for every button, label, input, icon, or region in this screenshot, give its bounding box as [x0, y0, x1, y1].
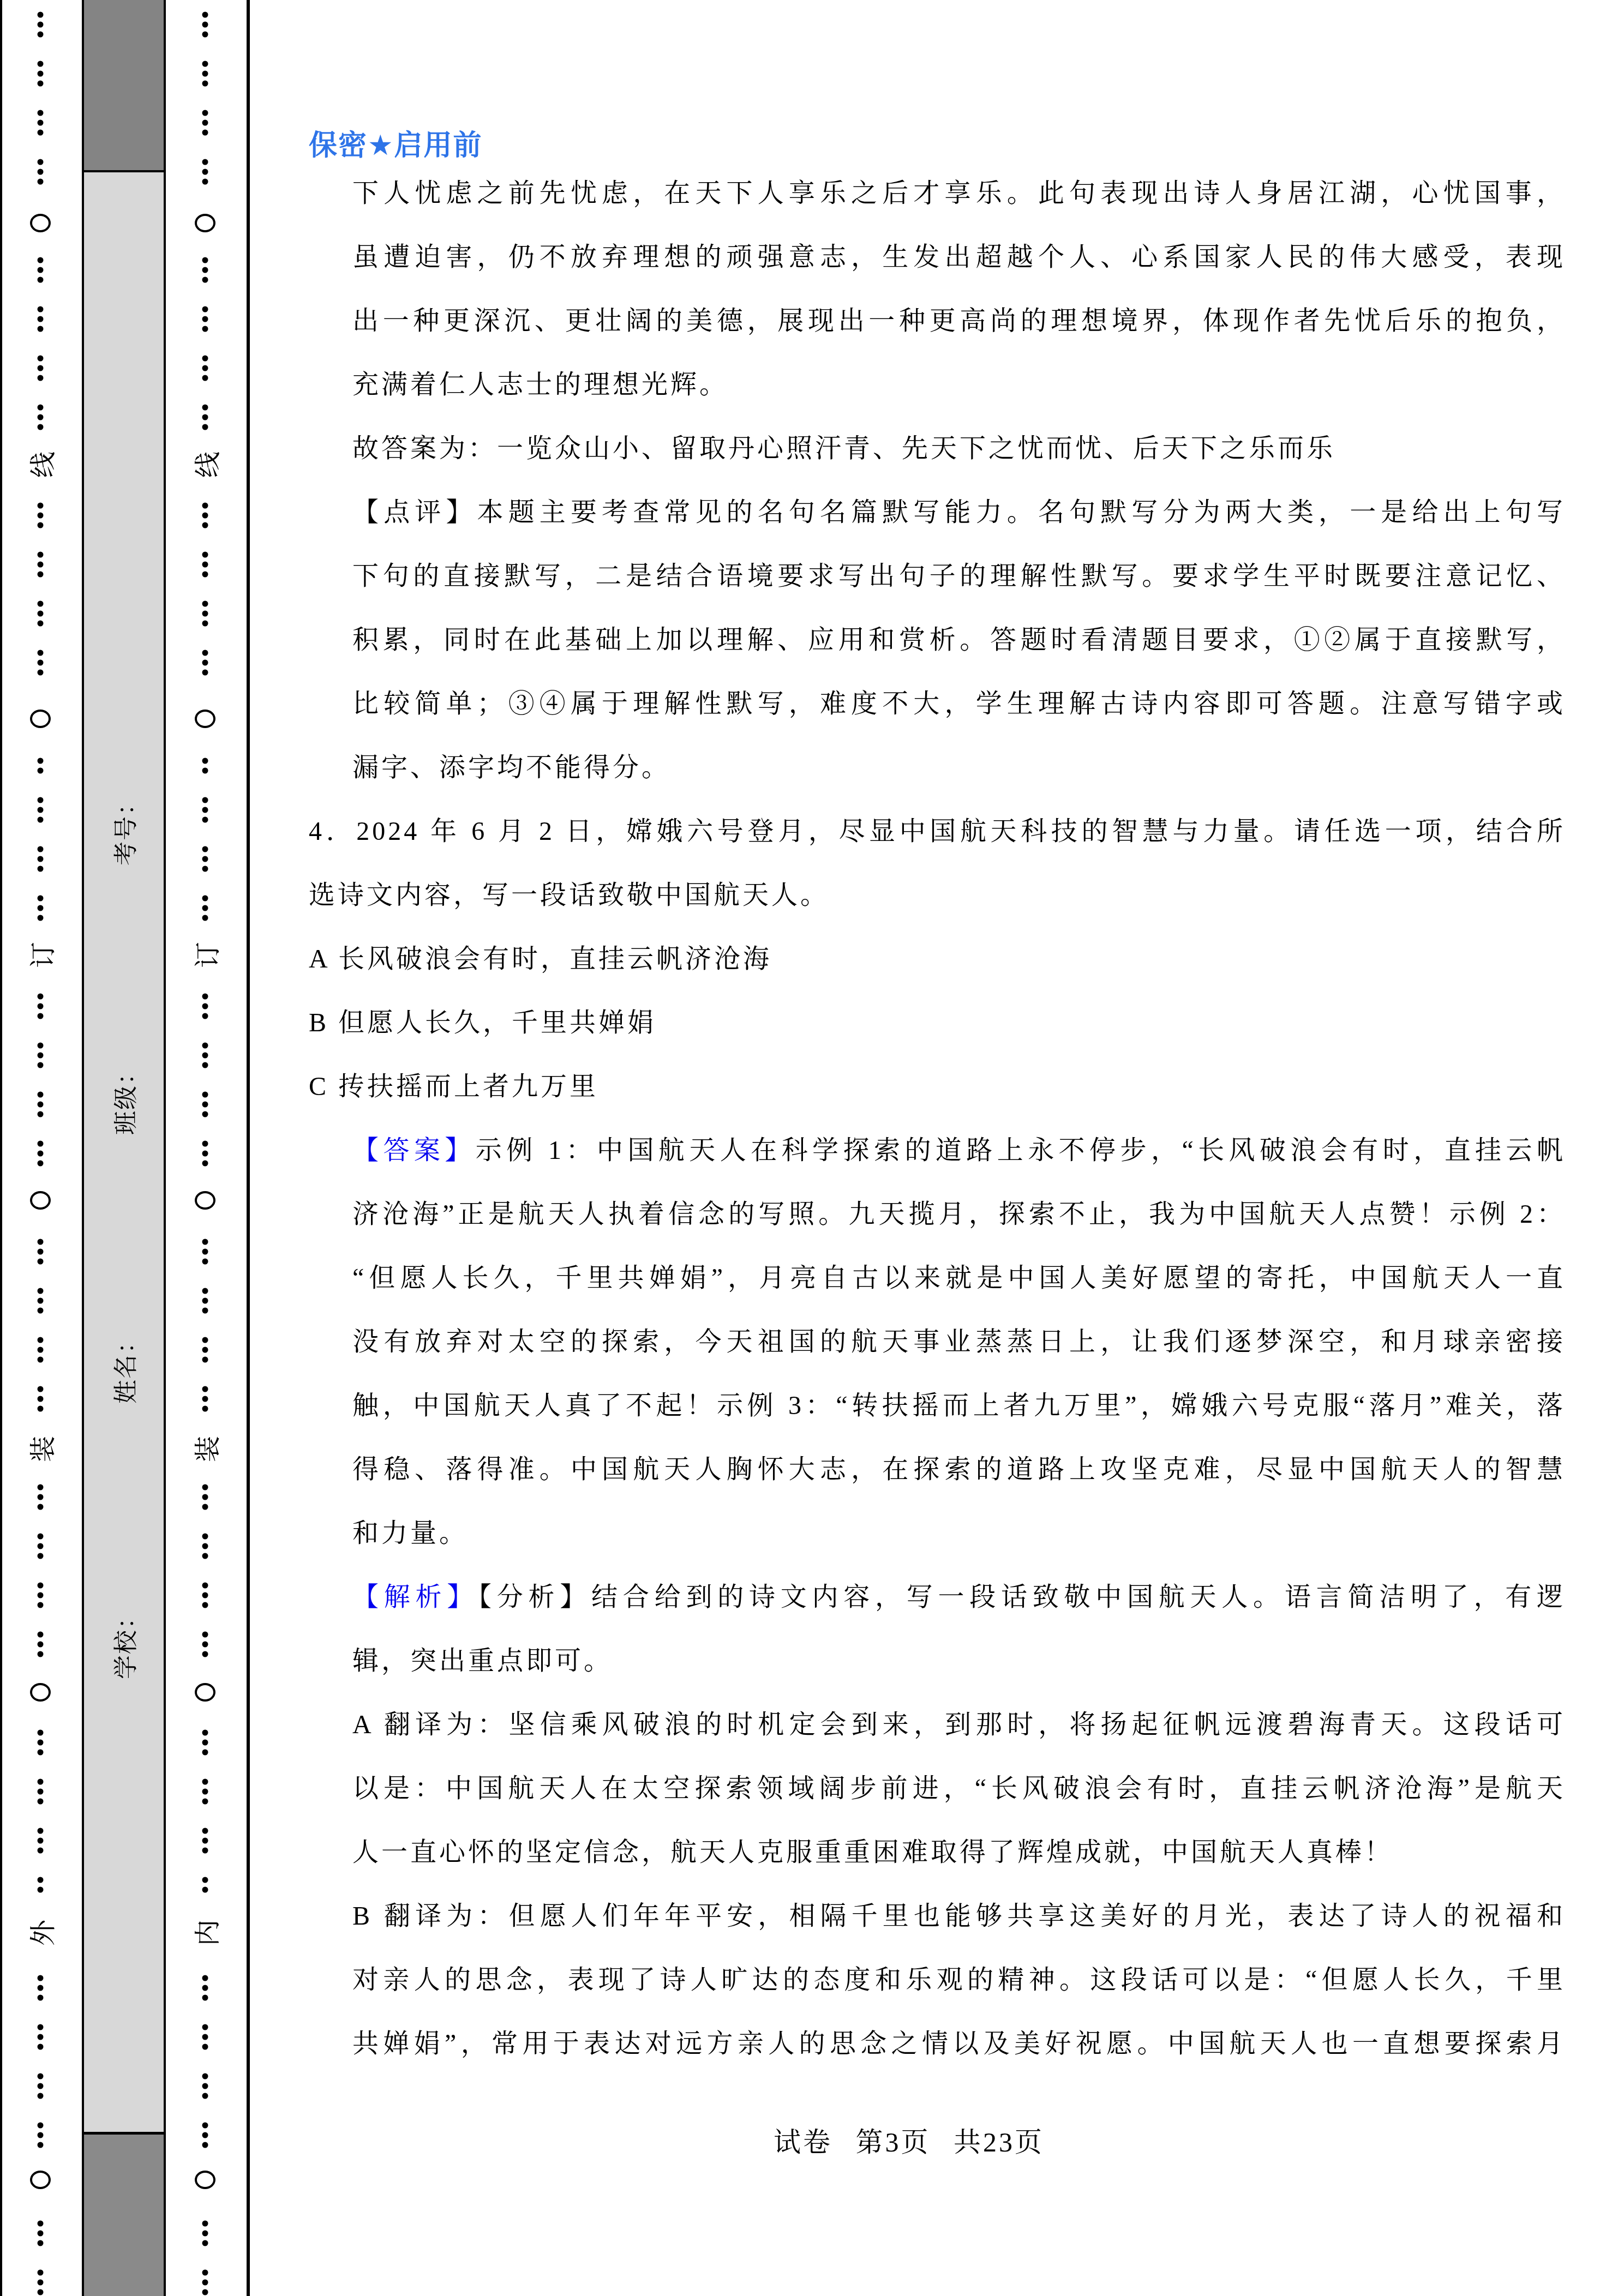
binding-dot [38, 2231, 44, 2237]
binding-dot [202, 1534, 208, 1540]
binding-dot [202, 503, 208, 509]
binding-dot [38, 1985, 44, 1991]
text-segment: 积累，同时在此基础上加以理解、应用和赏析。答题时看清题目要求，①②属于直接默写， [352, 626, 1566, 654]
binding-dot [202, 1543, 208, 1549]
text-segment: A 翻译为：坚信乘风破浪的时机定会到来，到那时，将扬起征帆远渡碧海青天。这段话可 [352, 1710, 1566, 1739]
binding-dot [38, 1730, 44, 1736]
binding-dot [202, 2240, 208, 2246]
text-line: 【点评】本题主要考查常见的名句名篇默写能力。名句默写分为两大类，一是给出上句写 [309, 480, 1566, 544]
punch-hole-circle [30, 1191, 51, 1210]
binding-dot [38, 130, 44, 136]
binding-dot [202, 1141, 208, 1147]
text-line: 没有放弃对太空的探索，今天祖国的航天事业蒸蒸日上，让我们逐梦深空，和月球亲密接 [309, 1310, 1566, 1374]
binding-dot [202, 2024, 208, 2030]
binding-dot [202, 1995, 208, 2001]
binding-dot [38, 2270, 44, 2276]
binding-dot [202, 895, 208, 901]
text-segment: 共婵娟”，常用于表达对远方亲人的思念之情以及美好祝愿。中国航天人也一直想要探索月 [352, 2029, 1566, 2058]
text-line: 以是：中国航天人在太空探索领域阔步前进，“长风破浪会有时，直挂云帆济沧海”是航天 [309, 1757, 1566, 1820]
binding-dot [38, 846, 44, 852]
punch-hole-circle [195, 1683, 215, 1702]
binding-dot [202, 611, 208, 617]
binding-dot [38, 1151, 44, 1157]
text-segment: 4．2024 年 6 月 2 日，嫦娥六号登月，尽显中国航天科技的智慧与力量。请… [309, 817, 1566, 846]
binding-dot [38, 32, 44, 38]
student-info-label: 考号： [106, 790, 141, 865]
binding-dot [38, 2034, 44, 2040]
binding-dot [38, 1239, 44, 1245]
binding-dot [38, 316, 44, 322]
binding-dot [38, 2123, 44, 2129]
text-segment: “但愿人长久，千里共婵娟”，月亮自古以来就是中国人美好愿望的寄托，中国航天人一直 [352, 1264, 1566, 1293]
binding-dot [202, 81, 208, 87]
binding-dot [202, 1013, 208, 1019]
binding-dot [202, 650, 208, 656]
binding-dot [38, 1838, 44, 1844]
binding-dot [38, 110, 44, 116]
text-segment: 和力量。 [352, 1519, 468, 1548]
binding-dot [38, 1602, 44, 1608]
text-segment: 示例 1：中国航天人在科学探索的道路上永不停步，“长风破浪会有时，直挂云帆 [476, 1136, 1566, 1165]
text-segment: C 抟扶摇而上者九万里 [309, 1072, 598, 1101]
binding-dot [202, 130, 208, 136]
binding-dot [202, 2142, 208, 2148]
binding-char-外: 外 [22, 1920, 59, 1946]
seal-area-divider-line [247, 0, 250, 2296]
binding-dot [202, 159, 208, 165]
binding-dot [38, 611, 44, 617]
binding-dot [38, 81, 44, 87]
text-segment: 得稳、落得准。中国航天人胸怀大志，在探索的道路上攻坚克难，尽显中国航天人的智慧 [352, 1455, 1566, 1484]
binding-dot [202, 365, 208, 371]
binding-dot [38, 2221, 44, 2227]
binding-dot [202, 71, 208, 77]
binding-dot [202, 2231, 208, 2237]
binding-dot [38, 1642, 44, 1648]
binding-dot [38, 306, 44, 312]
binding-dot [38, 1504, 44, 1510]
binding-dot [202, 1298, 208, 1304]
binding-dot [202, 61, 208, 67]
binding-dot [38, 1043, 44, 1049]
binding-dot [202, 1111, 208, 1117]
binding-dot [202, 513, 208, 519]
binding-dot [38, 562, 44, 568]
answer-tag: 【解析】 [352, 1583, 478, 1612]
binding-dot [38, 1298, 44, 1304]
binding-dot [38, 1337, 44, 1343]
binding-dot [202, 1003, 208, 1009]
binding-dot [38, 1799, 44, 1805]
binding-dot [38, 1249, 44, 1255]
text-segment: B 但愿人长久，千里共婵娟 [309, 1008, 656, 1037]
text-line: 对亲人的思念，表现了诗人旷达的态度和乐观的精神。这段话可以是：“但愿人长久，千里 [309, 1948, 1566, 2012]
text-line: 漏字、添字均不能得分。 [309, 736, 1566, 800]
binding-dot [202, 179, 208, 185]
binding-dot [202, 22, 208, 28]
binding-dot [202, 1337, 208, 1343]
binding-dot [38, 1651, 44, 1657]
binding-dot [202, 856, 208, 862]
binding-dot [38, 61, 44, 67]
binding-dot [202, 2044, 208, 2050]
binding-dot [202, 1161, 208, 1167]
binding-dot [202, 1053, 208, 1059]
binding-dot [202, 1396, 208, 1402]
binding-dot [202, 110, 208, 116]
binding-dot [38, 1102, 44, 1108]
binding-dot [202, 1347, 208, 1353]
binding-dot [202, 277, 208, 283]
binding-dot [38, 1308, 44, 1314]
text-line: A 长风破浪会有时，直挂云帆济沧海 [309, 927, 1566, 991]
binding-dot [38, 650, 44, 656]
text-line: 下人忧虑之前先忧虑，在天下人享乐之后才享乐。此句表现出诗人身居江湖，心忧国事， [309, 161, 1566, 225]
binding-dot [38, 277, 44, 283]
binding-dot [202, 1750, 208, 1756]
binding-dot [202, 1592, 208, 1598]
binding-dot [38, 1543, 44, 1549]
binding-dot [202, 356, 208, 362]
binding-dot [202, 660, 208, 666]
binding-dot [202, 1062, 208, 1068]
binding-dot [38, 866, 44, 872]
binding-dot [38, 905, 44, 911]
binding-dot [38, 1789, 44, 1795]
binding-dot [38, 1406, 44, 1412]
text-line: 4．2024 年 6 月 2 日，嫦娥六号登月，尽显中国航天科技的智慧与力量。请… [309, 800, 1566, 863]
binding-dot [38, 513, 44, 519]
punch-hole-circle [30, 1683, 51, 1702]
binding-dot [202, 846, 208, 852]
binding-dot [38, 807, 44, 813]
binding-dot [38, 22, 44, 28]
binding-dot [38, 797, 44, 803]
binding-dot [202, 807, 208, 813]
binding-strip-dark-top-box [84, 0, 164, 172]
text-segment: B 翻译为：但愿人们年年平安，相隔千里也能够共享这美好的月光，表达了诗人的祝福和 [352, 1902, 1566, 1931]
text-line: B 但愿人长久，千里共婵娟 [309, 991, 1566, 1055]
text-line: 济沧海”正是航天人执着信念的写照。九天揽月，探索不止，我为中国航天人点赞！示例 … [309, 1182, 1566, 1246]
binding-dot [202, 915, 208, 921]
binding-dot [202, 1102, 208, 1108]
binding-dot [38, 1484, 44, 1490]
binding-dot [202, 306, 208, 312]
text-segment: 虽遭迫害，仍不放弃理想的顽强意志，生发出超越个人、心系国家人民的伟大感受，表现 [352, 243, 1566, 272]
binding-dot [38, 1062, 44, 1068]
text-segment: 【点评】本题主要考查常见的名句名篇默写能力。名句默写分为两大类，一是给出上句写 [352, 498, 1566, 527]
binding-dot [38, 1534, 44, 1540]
binding-dot [38, 2132, 44, 2138]
text-segment: 比较简单；③④属于理解性默写，难度不大，学生理解古诗内容即可答题。注意写错字或 [352, 689, 1566, 718]
binding-dot [202, 1583, 208, 1589]
text-line: 和力量。 [309, 1501, 1566, 1565]
answer-tag: 【答案】 [352, 1136, 476, 1165]
punch-hole-circle [195, 1191, 215, 1210]
binding-dot [38, 356, 44, 362]
binding-dot [202, 2280, 208, 2286]
binding-dot [38, 1396, 44, 1402]
binding-dot [38, 601, 44, 607]
binding-dot [38, 1259, 44, 1265]
binding-dot [202, 1386, 208, 1392]
binding-dot [202, 316, 208, 322]
binding-dot [202, 1877, 208, 1883]
binding-dot [38, 1779, 44, 1785]
binding-dot [38, 856, 44, 862]
student-info-label: 学校： [106, 1604, 141, 1679]
binding-dot [202, 405, 208, 411]
binding-dot [202, 797, 208, 803]
binding-dot [202, 12, 208, 18]
binding-dot [38, 169, 44, 175]
binding-dot [202, 1975, 208, 1981]
binding-dot [202, 552, 208, 558]
binding-dot [38, 1013, 44, 1019]
text-line: 人一直心怀的坚定信念，航天人克服重重困难取得了辉煌成就，中国航天人真棒！ [309, 1820, 1566, 1884]
binding-dot [38, 1848, 44, 1854]
binding-dot [202, 2270, 208, 2276]
text-segment: 以是：中国航天人在太空探索领域阔步前进，“长风破浪会有时，直挂云帆济沧海”是航天 [352, 1774, 1566, 1803]
binding-dot [38, 2073, 44, 2079]
binding-dot [202, 768, 208, 774]
binding-dot [202, 994, 208, 1000]
binding-dot [202, 1887, 208, 1893]
binding-dot [202, 1484, 208, 1490]
binding-char-内: 内 [187, 1920, 224, 1946]
punch-hole-circle [30, 2171, 51, 2189]
binding-dot [38, 2289, 44, 2295]
binding-dot [38, 2083, 44, 2089]
binding-dot [202, 601, 208, 607]
punch-hole-circle [195, 710, 215, 728]
punch-hole-circle [195, 2171, 215, 2189]
binding-char-订: 订 [187, 942, 224, 968]
binding-dot [38, 2044, 44, 2050]
binding-dot [202, 2093, 208, 2099]
text-line: 得稳、落得准。中国航天人胸怀大志，在探索的道路上攻坚克难，尽显中国航天人的智慧 [309, 1438, 1566, 1501]
binding-dot [38, 522, 44, 528]
binding-dot [202, 2132, 208, 2138]
binding-dot [202, 1092, 208, 1098]
binding-dot [38, 1161, 44, 1167]
binding-dot [202, 1308, 208, 1314]
secret-notice: 保密★启用前 [309, 122, 483, 163]
binding-dot [38, 758, 44, 764]
binding-dot [38, 12, 44, 18]
binding-strip-dark-bottom-box [84, 2132, 164, 2296]
binding-dot [202, 424, 208, 430]
text-segment: 辑，突出重点即可。 [352, 1646, 613, 1675]
binding-dot [202, 326, 208, 332]
binding-dot [202, 621, 208, 627]
binding-dot [202, 1828, 208, 1834]
student-info-label: 班级： [106, 1060, 141, 1135]
text-segment: 没有放弃对太空的探索，今天祖国的航天事业蒸蒸日上，让我们逐梦深空，和月球亲密接 [352, 1327, 1566, 1356]
binding-dot [38, 1357, 44, 1363]
binding-dot [38, 1288, 44, 1294]
binding-dot [38, 71, 44, 77]
punch-hole-circle [30, 710, 51, 728]
text-segment: 出一种更深沉、更壮阔的美德，展现出一种更高尚的理想境界，体现作者先忧后乐的抱负， [352, 306, 1566, 335]
binding-dot [38, 2142, 44, 2148]
student-info-label: 姓名： [106, 1329, 141, 1404]
text-line: A 翻译为：坚信乘风破浪的时机定会到来，到那时，将扬起征帆远渡碧海青天。这段话可 [309, 1693, 1566, 1757]
binding-dot [38, 326, 44, 332]
exam-paper-page: { "page": { "secret_notice": "保密★启用前", "… [0, 0, 1624, 2296]
text-line: 充满着仁人志士的理想光辉。 [309, 353, 1566, 417]
binding-dot [38, 257, 44, 263]
text-line: 共婵娟”，常用于表达对远方亲人的思念之情以及美好祝愿。中国航天人也一直想要探索月 [309, 2012, 1566, 2076]
binding-dot [202, 1730, 208, 1736]
punch-hole-circle [30, 214, 51, 232]
binding-dot [202, 1789, 208, 1795]
binding-dot [202, 1799, 208, 1805]
binding-dot [202, 1494, 208, 1500]
binding-dot [202, 562, 208, 568]
text-segment: 漏字、添字均不能得分。 [352, 753, 670, 782]
binding-dot [38, 552, 44, 558]
text-line: 故答案为：一览众山小、留取丹心照汗青、先天下之忧而忧、后天下之乐而乐 [309, 417, 1566, 480]
binding-char-线: 线 [187, 452, 224, 478]
binding-dot [202, 267, 208, 273]
binding-dot [202, 120, 208, 126]
binding-dot [202, 2073, 208, 2079]
binding-dot [202, 572, 208, 578]
text-segment: A 长风破浪会有时，直挂云帆济沧海 [309, 945, 772, 973]
text-line: 下句的直接默写，二是结合语境要求写出句子的理解性默写。要求学生平时既要注意记忆、 [309, 544, 1566, 608]
binding-dot [38, 1632, 44, 1638]
binding-dot [202, 2123, 208, 2129]
binding-dot [38, 1995, 44, 2001]
text-segment: 触，中国航天人真了不起！示例 3：“转扶摇而上者九万里”，嫦娥六号克服“落月”难… [352, 1391, 1566, 1420]
binding-dot [38, 405, 44, 411]
text-segment: 【分析】结合给到的诗文内容，写一段话致敬中国航天人。语言简洁明了，有逻 [478, 1583, 1566, 1612]
binding-dot [38, 2240, 44, 2246]
binding-dot [202, 905, 208, 911]
text-segment: 下句的直接默写，二是结合语境要求写出句子的理解性默写。要求学生平时既要注意记忆、 [352, 562, 1566, 591]
binding-dot [202, 375, 208, 381]
binding-dot [202, 1848, 208, 1854]
binding-dot [38, 1877, 44, 1883]
binding-dot [202, 1043, 208, 1049]
binding-dot [38, 1975, 44, 1981]
text-segment: 下人忧虑之前先忧虑，在天下人享乐之后才享乐。此句表现出诗人身居江湖，心忧国事， [352, 179, 1566, 208]
binding-dot [38, 817, 44, 823]
binding-dot [202, 1642, 208, 1648]
binding-dot [202, 1740, 208, 1746]
binding-dot [38, 994, 44, 1000]
binding-dot [202, 1357, 208, 1363]
text-line: 出一种更深沉、更壮阔的美德，展现出一种更高尚的理想境界，体现作者先忧后乐的抱负， [309, 289, 1566, 353]
binding-dot [38, 1750, 44, 1756]
binding-dot [38, 414, 44, 420]
punch-hole-circle [195, 214, 215, 232]
binding-dot [38, 1592, 44, 1598]
binding-dot [38, 503, 44, 509]
binding-dot [202, 2083, 208, 2089]
binding-dot [38, 621, 44, 627]
binding-dot [38, 159, 44, 165]
page-footer: 试卷 第3页 共23页 [252, 2120, 1566, 2160]
binding-dot [38, 660, 44, 666]
binding-dot [202, 414, 208, 420]
binding-dot [202, 2221, 208, 2227]
text-line: 选诗文内容，写一段话致敬中国航天人。 [309, 863, 1566, 927]
binding-dot [38, 424, 44, 430]
binding-dot [202, 169, 208, 175]
binding-dot [38, 365, 44, 371]
binding-dot [38, 2093, 44, 2099]
binding-dot [202, 1651, 208, 1657]
binding-dot [38, 267, 44, 273]
binding-dot [202, 817, 208, 823]
binding-dot [38, 1583, 44, 1589]
binding-dot [202, 2289, 208, 2295]
binding-char-装: 装 [22, 1436, 59, 1462]
page-left-edge-line [0, 0, 2, 2296]
binding-dot [38, 2280, 44, 2286]
binding-dot [202, 1985, 208, 1991]
text-segment: 对亲人的思念，表现了诗人旷达的态度和乐观的精神。这段话可以是：“但愿人长久，千里 [352, 1966, 1566, 1994]
text-line: 比较简单；③④属于理解性默写，难度不大，学生理解古诗内容即可答题。注意写错字或 [309, 672, 1566, 736]
binding-dot [38, 768, 44, 774]
binding-dot [38, 179, 44, 185]
binding-dot [202, 670, 208, 676]
text-line: B 翻译为：但愿人们年年平安，相隔千里也能够共享这美好的月光，表达了诗人的祝福和 [309, 1884, 1566, 1948]
binding-dot [202, 1239, 208, 1245]
text-line: 【答案】示例 1：中国航天人在科学探索的道路上永不停步，“长风破浪会有时，直挂云… [309, 1119, 1566, 1182]
binding-dot [38, 1740, 44, 1746]
binding-dot [202, 2034, 208, 2040]
binding-info-strip: 考号：班级：姓名：学校： [82, 0, 166, 2296]
binding-dot [202, 32, 208, 38]
binding-char-线: 线 [22, 452, 59, 478]
binding-dot [38, 1553, 44, 1559]
binding-dot [38, 670, 44, 676]
binding-dot [202, 1151, 208, 1157]
binding-dot [38, 1494, 44, 1500]
binding-dot [202, 1288, 208, 1294]
text-line: 【解析】【分析】结合给到的诗文内容，写一段话致敬中国航天人。语言简洁明了，有逻 [309, 1565, 1566, 1629]
binding-dot [38, 2024, 44, 2030]
binding-dot [202, 1602, 208, 1608]
text-line: 虽遭迫害，仍不放弃理想的顽强意志，生发出超越个人、心系国家人民的伟大感受，表现 [309, 225, 1566, 289]
document-text-block: 下人忧虑之前先忧虑，在天下人享乐之后才享乐。此句表现出诗人身居江湖，心忧国事，虽… [309, 161, 1566, 2076]
text-line: 触，中国航天人真了不起！示例 3：“转扶摇而上者九万里”，嫦娥六号克服“落月”难… [309, 1374, 1566, 1438]
binding-dot [202, 758, 208, 764]
binding-dot [38, 895, 44, 901]
binding-dot [202, 1632, 208, 1638]
binding-dot [38, 375, 44, 381]
binding-dot [38, 120, 44, 126]
binding-dot [38, 1887, 44, 1893]
text-segment: 充满着仁人志士的理想光辉。 [352, 370, 728, 399]
binding-dot [202, 1259, 208, 1265]
text-line: 积累，同时在此基础上加以理解、应用和赏析。答题时看清题目要求，①②属于直接默写， [309, 608, 1566, 672]
text-line: C 抟扶摇而上者九万里 [309, 1055, 1566, 1119]
binding-dot [202, 1779, 208, 1785]
binding-dot [38, 1092, 44, 1098]
binding-char-订: 订 [22, 942, 59, 968]
binding-dot [38, 1347, 44, 1353]
binding-dot [202, 866, 208, 872]
binding-dot [38, 1003, 44, 1009]
text-line: 辑，突出重点即可。 [309, 1629, 1566, 1693]
binding-dot [202, 257, 208, 263]
binding-dot [38, 1386, 44, 1392]
binding-dot [202, 1406, 208, 1412]
